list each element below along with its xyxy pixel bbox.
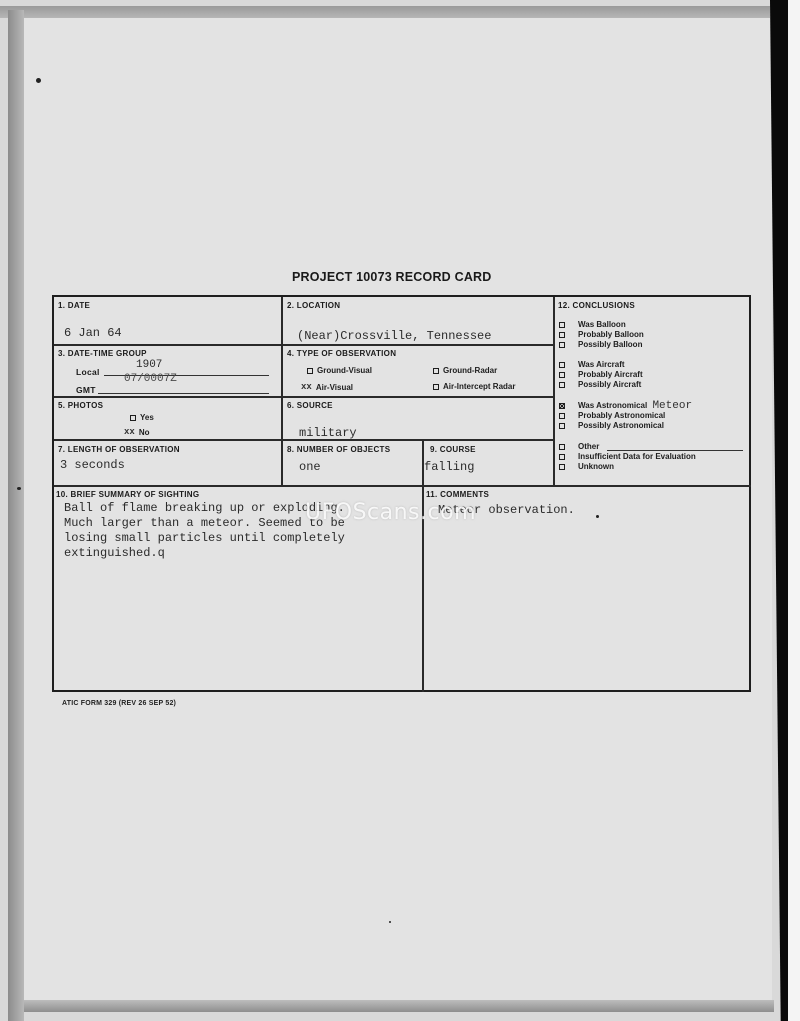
option-air-visual[interactable]: xx Air-Visual <box>301 382 353 392</box>
course-value: falling <box>424 460 474 474</box>
checked-x-icon[interactable]: xx <box>124 427 135 437</box>
scan-speck <box>389 921 391 923</box>
option-probably-aircraft[interactable]: Probably Aircraft <box>559 370 643 380</box>
gmt-time-value: 07/0007Z <box>124 373 177 385</box>
checked-x-icon[interactable]: xx <box>301 382 312 392</box>
brief-summary-line: Ball of flame breaking up or exploding. <box>64 501 345 516</box>
checkbox-icon[interactable] <box>559 342 565 348</box>
length-of-observation-label: 7. LENGTH OF OBSERVATION <box>58 445 180 454</box>
option-was-balloon[interactable]: Was Balloon <box>559 320 626 330</box>
option-possibly-balloon[interactable]: Possibly Balloon <box>559 340 642 350</box>
number-of-objects-label: 8. NUMBER OF OBJECTS <box>287 445 390 454</box>
local-time-value: 1907 <box>136 359 162 371</box>
photos-label: 5. PHOTOS <box>58 401 103 410</box>
option-photos-yes[interactable]: Yes <box>130 413 154 422</box>
form-number: ATIC FORM 329 (REV 26 SEP 52) <box>62 700 176 707</box>
checkbox-icon[interactable] <box>559 444 565 450</box>
option-insufficient-data[interactable]: Insufficient Data for Evaluation <box>559 452 696 462</box>
scan-speck <box>17 487 21 490</box>
date-time-group-label: 3. DATE-TIME GROUP <box>58 349 147 358</box>
other-underline <box>607 450 743 451</box>
option-was-astronomical[interactable]: Was Astronomical Meteor <box>559 401 692 411</box>
option-ground-visual[interactable]: Ground-Visual <box>307 366 372 375</box>
brief-summary-line: Much larger than a meteor. Seemed to be <box>64 516 345 531</box>
scan-margin <box>788 0 800 1021</box>
checkbox-icon[interactable] <box>130 415 136 421</box>
number-of-objects-field: 8. NUMBER OF OBJECTS one <box>283 441 422 485</box>
length-of-observation-field: 7. LENGTH OF OBSERVATION 3 seconds <box>54 441 281 485</box>
date-value: 6 Jan 64 <box>64 326 122 340</box>
checkbox-icon[interactable] <box>559 423 565 429</box>
location-label: 2. LOCATION <box>287 301 340 310</box>
gmt-time-underline <box>98 393 269 394</box>
checkbox-icon[interactable] <box>559 382 565 388</box>
length-of-observation-value: 3 seconds <box>60 458 125 472</box>
location-field: 2. LOCATION (Near)Crossville, Tennessee <box>283 297 553 344</box>
date-field: 1. DATE 6 Jan 64 <box>54 297 281 344</box>
checkbox-icon[interactable] <box>307 368 313 374</box>
watermark: UFOScans.com <box>305 500 476 525</box>
page-bottom-edge <box>24 1000 774 1012</box>
checkbox-icon[interactable] <box>559 362 565 368</box>
option-possibly-aircraft[interactable]: Possibly Aircraft <box>559 380 641 390</box>
scan-speck <box>596 515 599 518</box>
source-label: 6. SOURCE <box>287 401 333 410</box>
course-field: 9. COURSE falling <box>424 441 553 485</box>
gmt-time-label: GMT <box>76 385 96 395</box>
checkbox-icon[interactable] <box>559 322 565 328</box>
option-was-aircraft[interactable]: Was Aircraft <box>559 360 625 370</box>
location-value: (Near)Crossville, Tennessee <box>297 329 491 343</box>
checkbox-icon[interactable] <box>559 413 565 419</box>
record-card-form: 1. DATE 6 Jan 64 2. LOCATION (Near)Cross… <box>52 295 751 692</box>
source-value: military <box>299 426 357 440</box>
checkbox-icon[interactable] <box>433 384 439 390</box>
date-time-group-field: 3. DATE-TIME GROUP Local 1907 07/0007Z G… <box>54 346 281 396</box>
scan-speck <box>36 78 41 83</box>
page-top-edge <box>0 6 770 18</box>
date-label: 1. DATE <box>58 301 90 310</box>
checkbox-icon[interactable] <box>559 332 565 338</box>
brief-summary-line: extinguished.q <box>64 546 165 561</box>
checkbox-icon[interactable] <box>559 372 565 378</box>
type-of-observation-field: 4. TYPE OF OBSERVATION Ground-Visual Gro… <box>283 346 553 396</box>
option-ground-radar[interactable]: Ground-Radar <box>433 366 497 375</box>
checkbox-icon[interactable] <box>433 368 439 374</box>
option-unknown[interactable]: Unknown <box>559 462 614 472</box>
option-probably-balloon[interactable]: Probably Balloon <box>559 330 644 340</box>
checkbox-icon[interactable] <box>559 454 565 460</box>
type-of-observation-label: 4. TYPE OF OBSERVATION <box>287 349 396 358</box>
option-possibly-astronomical[interactable]: Possibly Astronomical <box>559 421 664 431</box>
local-time-label: Local <box>76 367 100 377</box>
photos-field: 5. PHOTOS Yes xx No <box>54 398 281 439</box>
comments-label: 11. COMMENTS <box>426 490 489 499</box>
checked-x-icon[interactable] <box>559 403 565 409</box>
brief-summary-label: 10. BRIEF SUMMARY OF SIGHTING <box>56 490 199 499</box>
page-left-edge <box>8 10 24 1021</box>
option-probably-astronomical[interactable]: Probably Astronomical <box>559 411 665 421</box>
option-photos-no[interactable]: xx No <box>124 427 149 437</box>
brief-summary-line: losing small particles until completely <box>64 531 345 546</box>
option-air-intercept-radar[interactable]: Air-Intercept Radar <box>433 382 515 391</box>
course-label: 9. COURSE <box>430 445 476 454</box>
conclusions-field: 12. CONCLUSIONS Was Balloon Probably Bal… <box>555 297 751 485</box>
option-other[interactable]: Other <box>559 442 599 452</box>
checkbox-icon[interactable] <box>559 464 565 470</box>
conclusions-label: 12. CONCLUSIONS <box>558 301 635 310</box>
card-title: PROJECT 10073 RECORD CARD <box>292 270 492 284</box>
source-field: 6. SOURCE military <box>283 398 553 439</box>
number-of-objects-value: one <box>299 460 321 474</box>
